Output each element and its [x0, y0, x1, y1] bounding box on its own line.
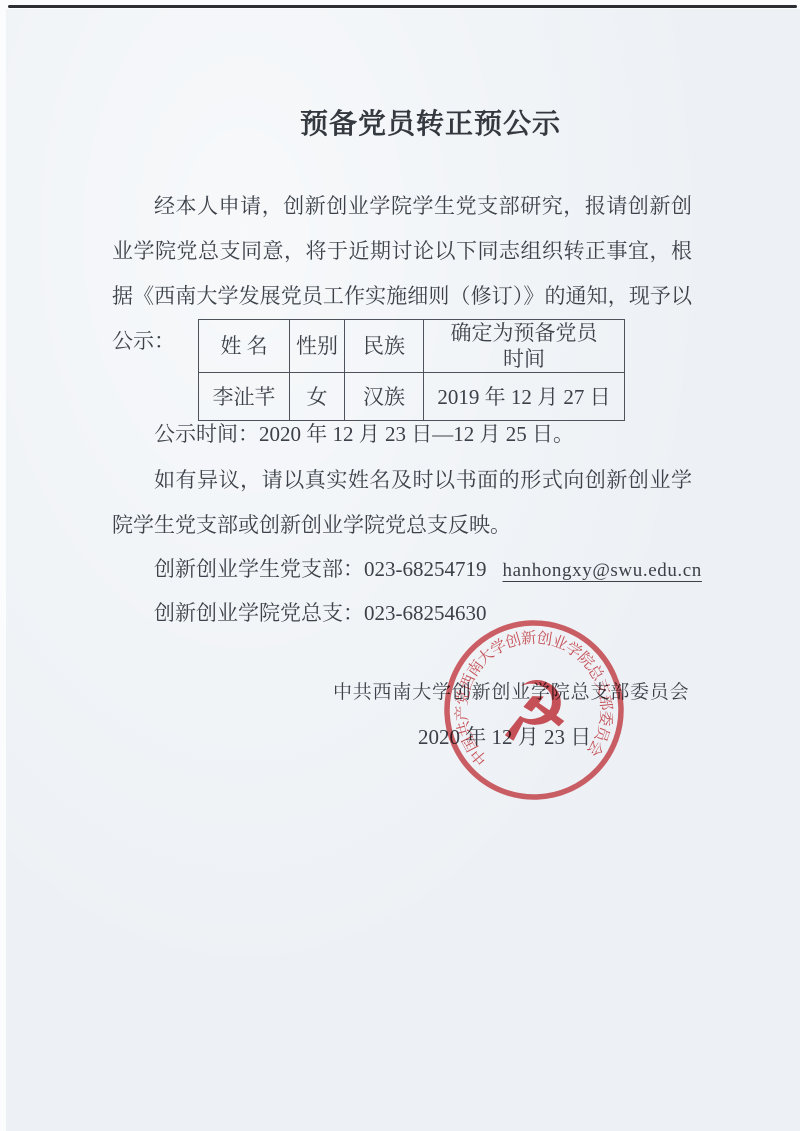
contact-email: hanhongxy@swu.edu.cn [503, 560, 702, 581]
contact-phone: 023-68254719 [364, 557, 487, 581]
member-table: 姓 名 性别 民族 确定为预备党员时间 李沚芊 女 汉族 2019 年 12 月… [198, 319, 625, 421]
objection-paragraph: 如有异议，请以真实姓名及时以书面的形式向创新创业学院学生党支部或创新创业学院党总… [112, 458, 692, 548]
header-probation-date-text: 确定为预备党员时间 [445, 320, 603, 372]
header-probation-date: 确定为预备党员时间 [424, 320, 625, 373]
publicity-period: 公示时间：2020 年 12 月 23 日—12 月 25 日。 [112, 412, 692, 456]
scanned-document-page: 预备党员转正预公示 经本人申请，创新创业学院学生党支部研究，报请创新创业学院党总… [0, 0, 800, 1131]
hammer-and-sickle-icon: ☭ [496, 664, 573, 762]
contact-label: 创新创业学院党总支： [154, 601, 364, 625]
document-title: 预备党员转正预公示 [300, 106, 561, 144]
header-gender: 性别 [290, 320, 345, 373]
header-ethnicity: 民族 [345, 320, 424, 373]
scan-edge-artifact [8, 5, 797, 8]
header-name: 姓 名 [199, 320, 290, 373]
table-header-row: 姓 名 性别 民族 确定为预备党员时间 [199, 320, 625, 373]
contact-label: 创新创业学生党支部： [154, 557, 364, 581]
official-red-seal: 中国共产党西南大学创新创业学院总支部委员会 ☭ [437, 613, 631, 807]
contact-student-branch: 创新创业学生党支部：023-68254719hanhongxy@swu.edu.… [154, 548, 702, 592]
